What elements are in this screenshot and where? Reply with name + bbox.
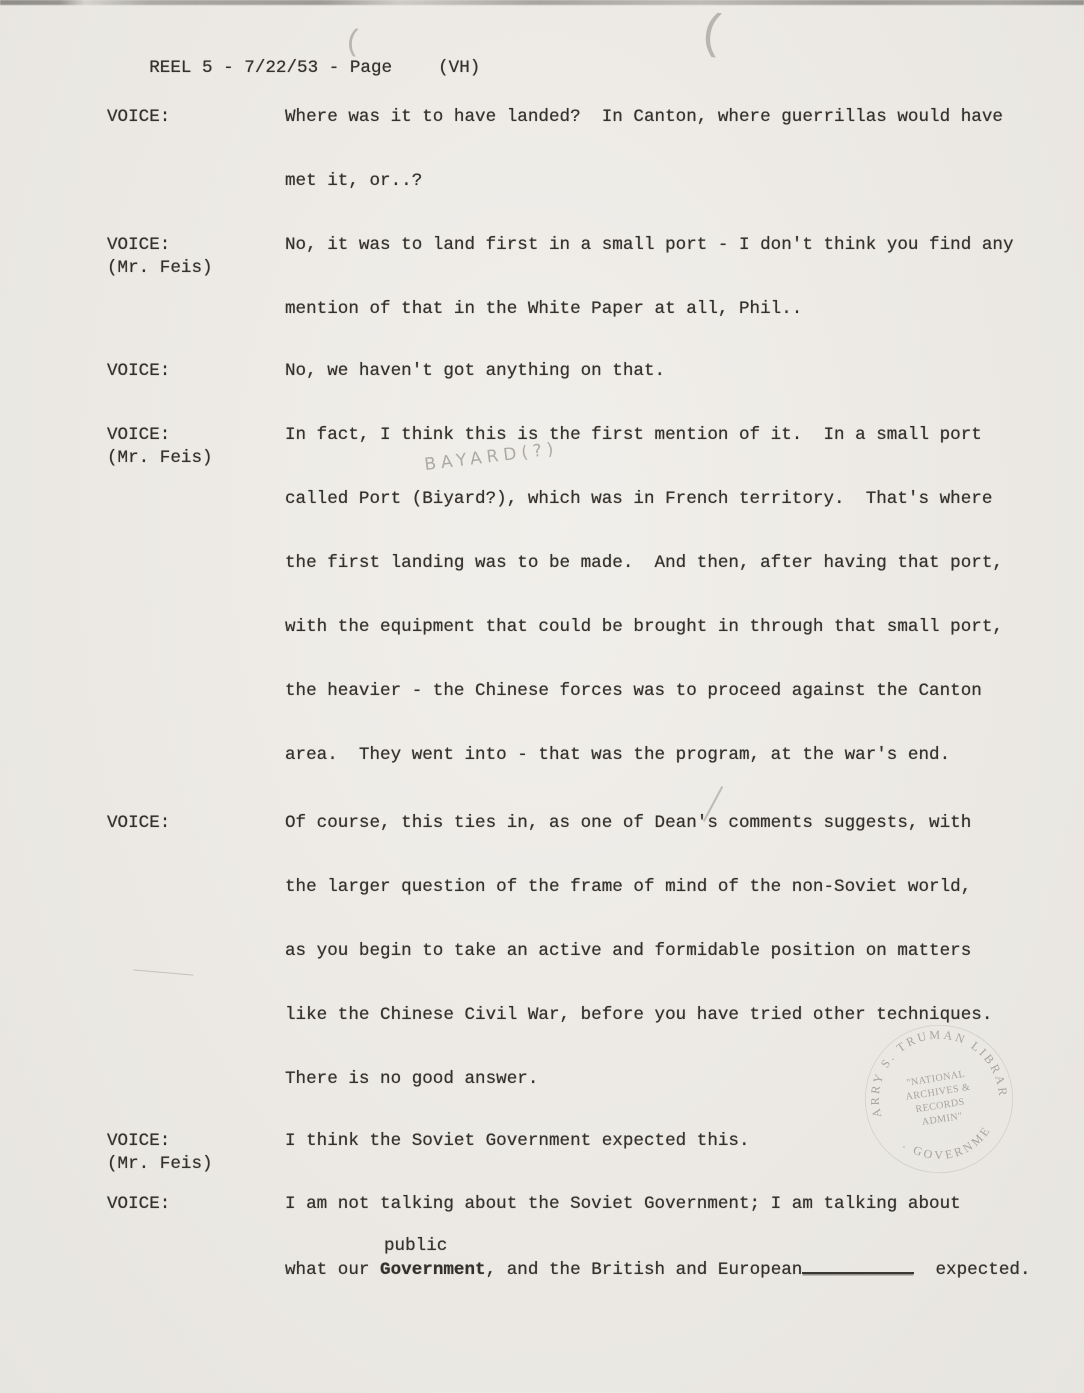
struck-out-word: Government xyxy=(380,1260,486,1280)
transcript-line: met it, or..? xyxy=(285,171,422,191)
transcript-line: what our Government, and the British and… xyxy=(285,1258,1031,1280)
transcript-line: No, we haven't got anything on that. xyxy=(285,361,665,381)
transcript-line: mention of that in the White Paper at al… xyxy=(285,299,802,319)
scanned-transcript-page: REEL 5 - 7/22/53 - Page(VH) ( ( BAYARD(?… xyxy=(0,0,1084,1393)
speaker-sublabel: (Mr. Feis) xyxy=(107,448,213,468)
transcript-line: as you begin to take an active and formi… xyxy=(285,941,971,961)
reel-date-line: REEL 5 - 7/22/53 - Page xyxy=(149,58,392,78)
pencil-paren-mark: ( xyxy=(342,25,363,61)
transcript-line: the heavier - the Chinese forces was to … xyxy=(285,681,982,701)
transcript-line: area. They went into - that was the prog… xyxy=(285,745,950,765)
line-prefix: what our xyxy=(285,1260,380,1280)
transcript-line: No, it was to land first in a small port… xyxy=(285,235,1014,255)
page-ref: (VH) xyxy=(438,58,480,78)
transcript-line: the larger question of the frame of mind… xyxy=(285,877,971,897)
speaker-label: VOICE: xyxy=(107,107,170,127)
speaker-label: VOICE: xyxy=(107,1131,170,1151)
transcript-line: There is no good answer. xyxy=(285,1069,538,1089)
truman-library-stamp-icon: HARRY S. TRUMAN LIBRARY U.S. GOVERNMENT … xyxy=(849,1009,1030,1190)
transcript-line: I am not talking about the Soviet Govern… xyxy=(285,1194,961,1214)
transcript-line: Where was it to have landed? In Canton, … xyxy=(285,107,1003,127)
speaker-label: VOICE: xyxy=(107,235,170,255)
transcript-line: I think the Soviet Government expected t… xyxy=(285,1131,750,1151)
transcript-line: like the Chinese Civil War, before you h… xyxy=(285,1005,992,1025)
speaker-label: VOICE: xyxy=(107,425,170,445)
speaker-sublabel: (Mr. Feis) xyxy=(107,1154,213,1174)
line-middle: , and the British and European xyxy=(486,1260,803,1280)
pencil-paren-mark-top: ( xyxy=(694,6,730,63)
pencil-squiggle-mark xyxy=(133,969,194,983)
transcript-line: Of course, this ties in, as one of Dean'… xyxy=(285,813,971,833)
line-suffix: expected. xyxy=(914,1260,1030,1280)
transcript-line: the first landing was to be made. And th… xyxy=(285,553,1003,573)
speaker-sublabel: (Mr. Feis) xyxy=(107,258,213,278)
transcript-line: with the equipment that could be brought… xyxy=(285,617,1003,637)
transcript-line: called Port (Biyard?), which was in Fren… xyxy=(285,489,992,509)
typed-blank-line xyxy=(802,1258,914,1274)
speaker-label: VOICE: xyxy=(107,361,170,381)
interlined-insertion: public xyxy=(384,1236,447,1256)
speaker-label: VOICE: xyxy=(107,813,170,833)
scan-edge-artifact xyxy=(0,0,1084,5)
page-header: REEL 5 - 7/22/53 - Page(VH) xyxy=(107,38,480,98)
transcript-line: In fact, I think this is the first menti… xyxy=(285,425,982,445)
speaker-label: VOICE: xyxy=(107,1194,170,1214)
